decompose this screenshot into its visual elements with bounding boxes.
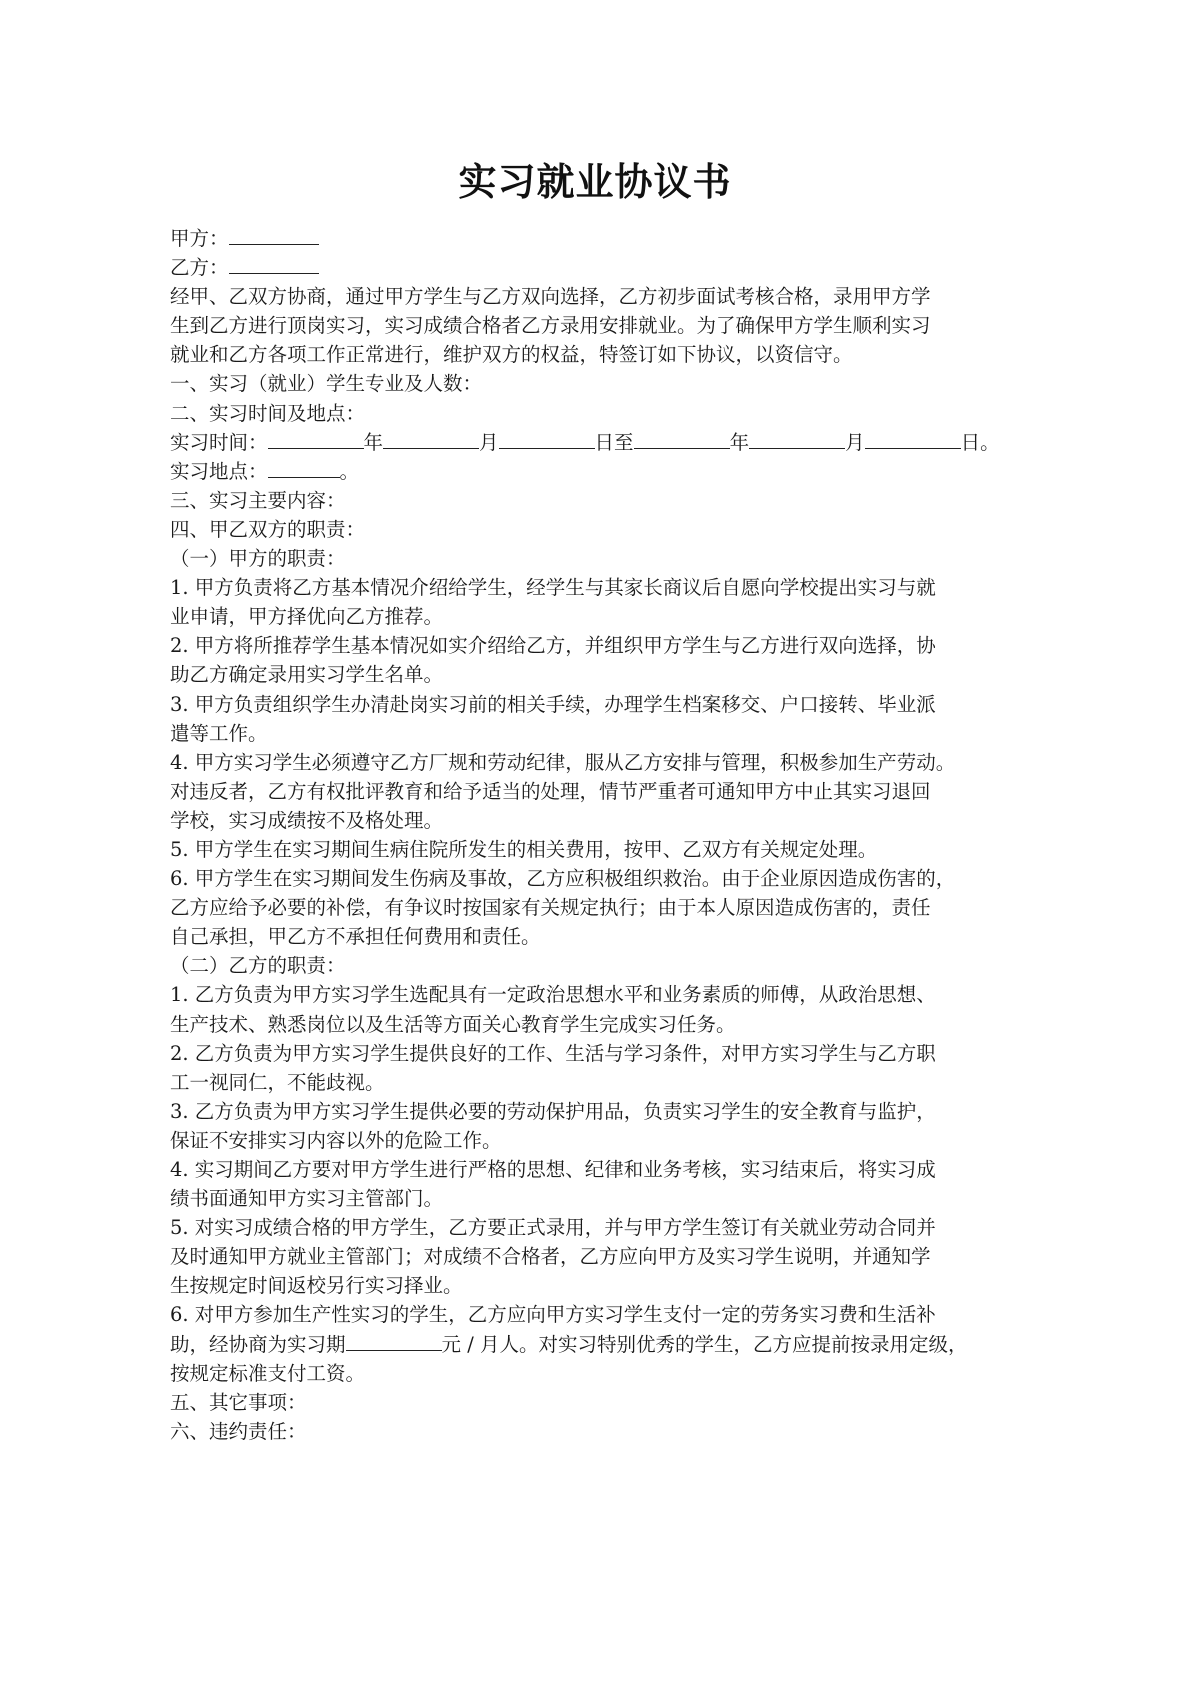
clause-line: 保证不安排实习内容以外的危险工作。	[170, 1126, 950, 1155]
paragraph-line: 就业和乙方各项工作正常进行，维护双方的权益，特签订如下协议，以资信守。	[170, 340, 950, 369]
clause-line: 3. 乙方负责为甲方实习学生提供必要的劳动保护用品，负责实习学生的安全教育与监护…	[170, 1097, 950, 1126]
clause-line: 对违反者，乙方有权批评教育和给予适当的处理，情节严重者可通知甲方中止其实习退回	[170, 777, 950, 806]
clause-line: 2. 甲方将所推荐学生基本情况如实介绍给乙方，并组织甲方学生与乙方进行双向选择，…	[170, 631, 950, 660]
section-heading: 二、实习时间及地点：	[170, 399, 950, 428]
day-end-label: 日。	[961, 431, 1000, 454]
subsection-heading: （二）乙方的职责：	[170, 951, 950, 980]
party-a-line: 甲方：	[170, 224, 950, 253]
clause-line: 1. 乙方负责为甲方实习学生选配具有一定政治思想水平和业务素质的师傅，从政治思想…	[170, 980, 950, 1009]
party-a-blank[interactable]	[229, 224, 319, 245]
clause-line: 5. 对实习成绩合格的甲方学生，乙方要正式录用，并与甲方学生签订有关就业劳动合同…	[170, 1213, 950, 1242]
clause-line: 1. 甲方负责将乙方基本情况介绍给学生，经学生与其家长商议后自愿向学校提出实习与…	[170, 573, 950, 602]
month-label: 月	[845, 431, 865, 454]
year-label: 年	[364, 431, 384, 454]
paragraph-line: 生到乙方进行顶岗实习，实习成绩合格者乙方录用安排就业。为了确保甲方学生顺利实习	[170, 311, 950, 340]
clause-line: 学校，实习成绩按不及格处理。	[170, 806, 950, 835]
wage-line: 助，经协商为实习期元 / 月人。对实习特别优秀的学生，乙方应提前按录用定级，	[170, 1330, 950, 1359]
end-day-blank[interactable]	[865, 428, 961, 449]
start-year-blank[interactable]	[268, 428, 364, 449]
year-label: 年	[730, 431, 750, 454]
clause-line: 4. 实习期间乙方要对甲方学生进行严格的思想、纪律和业务考核，实习结束后，将实习…	[170, 1155, 950, 1184]
document-title: 实习就业协议书	[0, 158, 1190, 206]
clause-line: 2. 乙方负责为甲方实习学生提供良好的工作、生活与学习条件，对甲方实习学生与乙方…	[170, 1039, 950, 1068]
section-heading: 一、实习（就业）学生专业及人数：	[170, 369, 950, 398]
clause-line: 助乙方确定录用实习学生名单。	[170, 660, 950, 689]
start-month-blank[interactable]	[383, 428, 479, 449]
wage-amount-blank[interactable]	[346, 1330, 442, 1351]
clause-line: 及时通知甲方就业主管部门；对成绩不合格者，乙方应向甲方及实习学生说明，并通知学	[170, 1242, 950, 1271]
party-a-label: 甲方：	[170, 227, 229, 250]
end-year-blank[interactable]	[634, 428, 730, 449]
place-label: 实习地点：	[170, 460, 268, 483]
clause-line: 工一视同仁，不能歧视。	[170, 1068, 950, 1097]
clause-line: 生产技术、熟悉岗位以及生活等方面关心教育学生完成实习任务。	[170, 1010, 950, 1039]
wage-before-text: 助，经协商为实习期	[170, 1333, 346, 1356]
internship-time-line: 实习时间：年月日至年月日。	[170, 428, 950, 457]
section-heading: 三、实习主要内容：	[170, 486, 950, 515]
party-b-blank[interactable]	[229, 253, 319, 274]
period-mark: 。	[340, 460, 360, 483]
clause-line: 6. 甲方学生在实习期间发生伤病及事故，乙方应积极组织救治。由于企业原因造成伤害…	[170, 864, 950, 893]
month-label: 月	[479, 431, 499, 454]
clause-line: 按规定标准支付工资。	[170, 1359, 950, 1388]
wage-after-text: 元 / 月人。对实习特别优秀的学生，乙方应提前按录用定级，	[442, 1333, 968, 1356]
time-label: 实习时间：	[170, 431, 268, 454]
clause-line: 业申请，甲方择优向乙方推荐。	[170, 602, 950, 631]
clause-line: 绩书面通知甲方实习主管部门。	[170, 1184, 950, 1213]
section-heading: 四、甲乙双方的职责：	[170, 515, 950, 544]
subsection-heading: （一）甲方的职责：	[170, 544, 950, 573]
clause-line: 5. 甲方学生在实习期间生病住院所发生的相关费用，按甲、乙双方有关规定处理。	[170, 835, 950, 864]
document-page: 实习就业协议书 甲方： 乙方： 经甲、乙双方协商，通过甲方学生与乙方双向选择，乙…	[0, 0, 1190, 1683]
clause-line: 自己承担，甲乙方不承担任何费用和责任。	[170, 922, 950, 951]
place-blank[interactable]	[268, 457, 340, 478]
end-month-blank[interactable]	[749, 428, 845, 449]
clause-line: 生按规定时间返校另行实习择业。	[170, 1271, 950, 1300]
party-b-line: 乙方：	[170, 253, 950, 282]
clause-line: 6. 对甲方参加生产性实习的学生，乙方应向甲方实习学生支付一定的劳务实习费和生活…	[170, 1300, 950, 1329]
section-heading: 五、其它事项：	[170, 1388, 950, 1417]
party-b-label: 乙方：	[170, 256, 229, 279]
day-to-label: 日至	[595, 431, 634, 454]
document-body: 甲方： 乙方： 经甲、乙双方协商，通过甲方学生与乙方双向选择，乙方初步面试考核合…	[170, 224, 950, 1446]
clause-line: 4. 甲方实习学生必须遵守乙方厂规和劳动纪律，服从乙方安排与管理，积极参加生产劳…	[170, 748, 950, 777]
clause-line: 遣等工作。	[170, 719, 950, 748]
internship-place-line: 实习地点：。	[170, 457, 950, 486]
clause-line: 3. 甲方负责组织学生办清赴岗实习前的相关手续，办理学生档案移交、户口接转、毕业…	[170, 690, 950, 719]
section-heading: 六、违约责任：	[170, 1417, 950, 1446]
paragraph-line: 经甲、乙双方协商，通过甲方学生与乙方双向选择，乙方初步面试考核合格，录用甲方学	[170, 282, 950, 311]
clause-line: 乙方应给予必要的补偿，有争议时按国家有关规定执行；由于本人原因造成伤害的，责任	[170, 893, 950, 922]
start-day-blank[interactable]	[499, 428, 595, 449]
